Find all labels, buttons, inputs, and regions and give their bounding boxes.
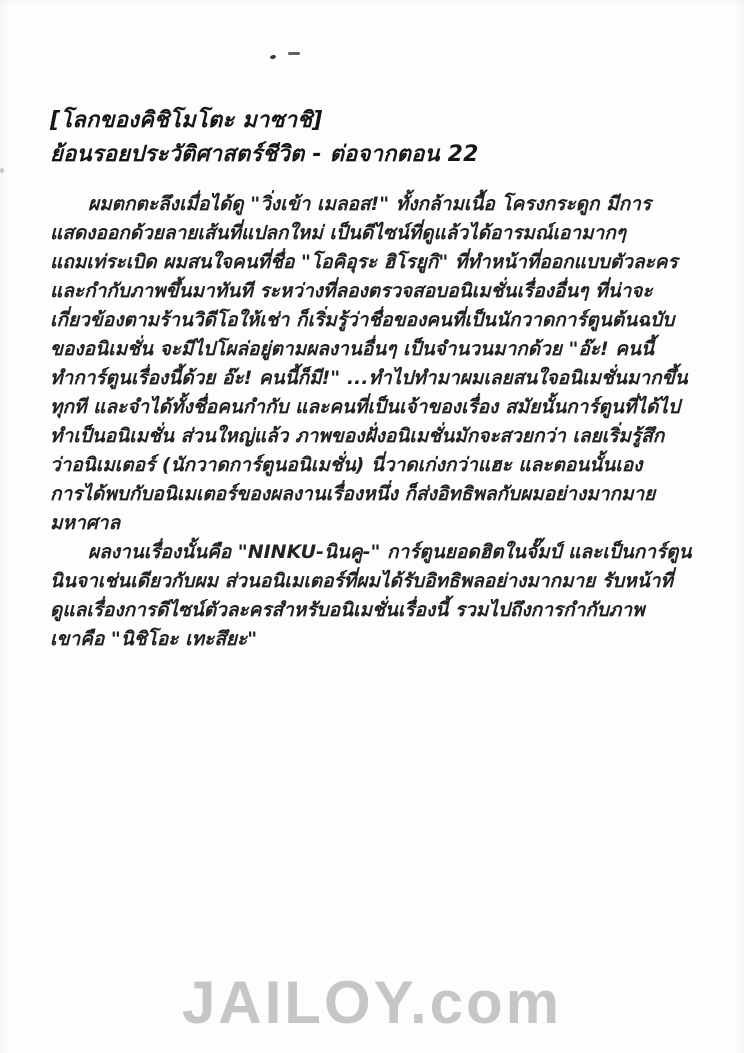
text-line: ทุกที และจำได้ทั้งชื่อคนกำกับ และคนที่เป…	[50, 393, 710, 422]
text-line: ทำการ์ตูนเรื่องนี้ด้วย อ๊ะ! คนนี้ก็มี!" …	[50, 364, 710, 393]
text-line: ผลงานเรื่องนั้นคือ "NINKU-นินคู-" การ์ตู…	[50, 538, 710, 567]
text-line: แสดงออกด้วยลายเส้นที่แปลกใหม่ เป็นดีไซน์…	[50, 219, 710, 248]
paragraph-2: ผลงานเรื่องนั้นคือ "NINKU-นินคู-" การ์ตู…	[50, 538, 710, 654]
text-line: แถมเท่ระเบิด ผมสนใจคนที่ชื่อ "โอคิอุระ ฮ…	[50, 248, 710, 277]
text-line: ของอนิเมชั่น จะมีไปโผล่อยู่ตามผลงานอื่นๆ…	[50, 335, 710, 364]
text-line: มหาศาล	[50, 509, 710, 538]
text-line: นินจาเช่นเดียวกับผม ส่วนอนิเมเตอร์ที่ผมไ…	[50, 567, 710, 596]
text-line: ผมตกตะลึงเมื่อได้ดู "วิ่งเข้า เมลอส!" ทั…	[50, 190, 710, 219]
text-line: การได้พบกับอนิเมเตอร์ของผลงานเรื่องหนึ่ง…	[50, 480, 710, 509]
text-line: และกำกับภาพขึ้นมาทันที ระหว่างที่ลองตรวจ…	[50, 277, 710, 306]
scanned-document-page: [โลกของคิชิโมโตะ มาซาชิ] ย้อนรอยประวัติศ…	[0, 0, 744, 1053]
paragraph-1: ผมตกตะลึงเมื่อได้ดู "วิ่งเข้า เมลอส!" ทั…	[50, 190, 710, 538]
scan-artifact	[0, 168, 4, 173]
text-line: ดูแลเรื่องการดีไซน์ตัวละครสำหรับอนิเมชั่…	[50, 596, 710, 625]
page-header: [โลกของคิชิโมโตะ มาซาชิ] ย้อนรอยประวัติศ…	[50, 104, 479, 172]
text-line: เขาคือ "นิชิโอะ เทะสึยะ"	[50, 625, 710, 654]
text-line: เกี่ยวข้องตามร้านวิดีโอให้เช่า ก็เริ่มรู…	[50, 306, 710, 335]
page-title: [โลกของคิชิโมโตะ มาซาชิ]	[50, 104, 479, 138]
text-line: ทำเป็นอนิเมชั่น ส่วนใหญ่แล้ว ภาพของฝั่งอ…	[50, 422, 710, 451]
text-line: ว่าอนิเมเตอร์ (นักวาดการ์ตูนอนิเมชั่น) น…	[50, 451, 710, 480]
watermark: JAILOY.com	[0, 968, 744, 1037]
page-subtitle: ย้อนรอยประวัติศาสตร์ชีวิต - ต่อจากตอน 22	[50, 138, 479, 172]
scan-artifact	[288, 52, 300, 55]
scan-artifact	[270, 54, 277, 59]
body-text: ผมตกตะลึงเมื่อได้ดู "วิ่งเข้า เมลอส!" ทั…	[50, 190, 710, 654]
